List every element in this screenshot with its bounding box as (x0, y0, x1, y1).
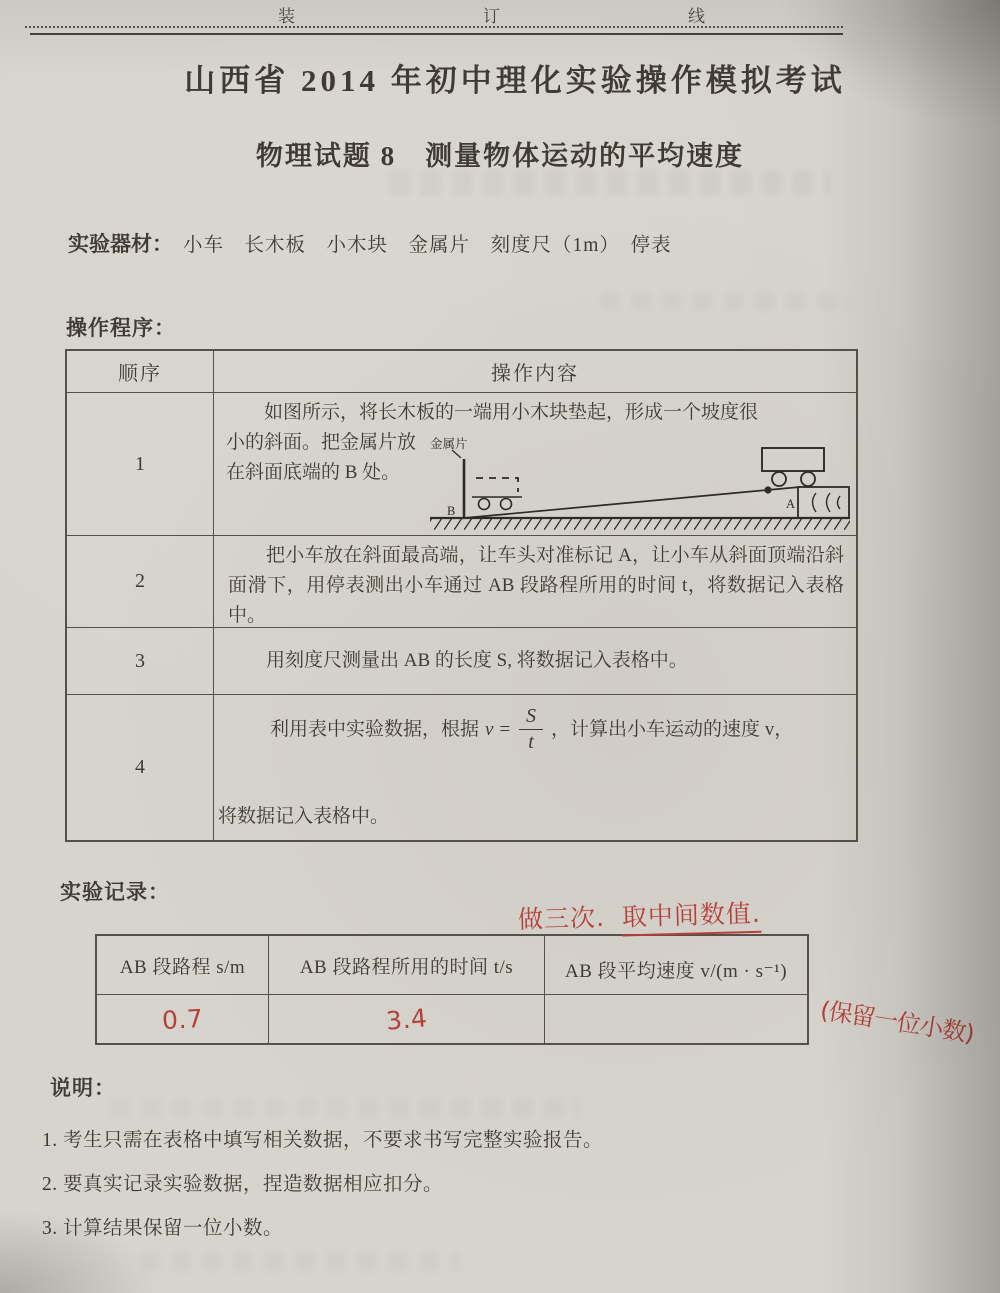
incline-diagram-svg: 金属片 B (424, 434, 854, 530)
procedure-table-header: 顺序 操作内容 (67, 351, 856, 392)
formula-fraction: S t (519, 705, 543, 754)
incline-figure: 金属片 B (424, 434, 854, 530)
record-col-time: AB 段路程所用的时间 t/s (269, 936, 545, 994)
point-a-dot (764, 486, 771, 493)
bleed-through-ghost (600, 292, 850, 311)
table-row: 4 利用表中实验数据，根据 v = S t ，计算出小车运动的速度 v， 将数据… (67, 694, 856, 840)
note-item-2: 2. 要真实记录实验数据，捏造数据相应扣分。 (42, 1168, 443, 1196)
cart-wheel (772, 472, 786, 486)
point-a-label: A (786, 497, 795, 511)
step4-text-line2: 将数据记入表格中。 (218, 802, 846, 832)
bleed-through-ghost (110, 1098, 580, 1118)
handwritten-distance-value: 0.7 (161, 1003, 204, 1034)
binding-char-zhuang: 装 (278, 2, 295, 27)
handwritten-note-part1: 做三次. (518, 903, 606, 934)
step1-text-line1: 如图所示，将长木板的一端用小木块垫起，形成一个坡度很 (226, 398, 854, 428)
step-number: 4 (67, 695, 214, 840)
bleed-through-ghost (390, 170, 830, 195)
col-header-content: 操作内容 (214, 351, 856, 392)
equipment-label: 实验器材： (68, 232, 173, 256)
note-item-3: 3. 计算结果保留一位小数。 (42, 1212, 283, 1240)
ground-hatching (430, 519, 850, 530)
point-b-label: B (447, 504, 455, 518)
procedure-heading: 操作程序： (66, 312, 176, 342)
handwritten-time-value: 3.4 (385, 1003, 429, 1035)
procedure-table: 顺序 操作内容 1 如图所示，将长木板的一端用小木块垫起，形成一个坡度很 小的斜… (65, 349, 858, 842)
handwritten-note-top: 做三次. 取中间数值. (518, 894, 762, 936)
record-table-data-row: 0.7 3.4 (97, 995, 807, 1043)
record-table-header: AB 段路程 s/m AB 段路程所用的时间 t/s AB 段平均速度 v/(m… (97, 936, 807, 995)
record-col-speed: AB 段平均速度 v/(m · s⁻¹) (545, 936, 807, 994)
notes-heading: 说明： (50, 1072, 116, 1102)
binding-solid-line (30, 33, 843, 35)
record-col-distance: AB 段路程 s/m (97, 936, 269, 994)
equipment-items: 小车 长木板 小木块 金属片 刻度尺（1m） 停表 (183, 235, 672, 256)
step4-text-after: ，计算出小车运动的速度 v， (551, 715, 793, 745)
page-title: 山西省 2014 年初中理化实验操作模拟考试 (30, 55, 1000, 100)
binding-dotted-line (25, 26, 843, 28)
step4-text-before: 利用表中实验数据，根据 (270, 715, 479, 745)
scanned-exam-page: { "page": { "binding_chars": ["装", "订", … (0, 0, 1000, 1293)
cart-wheel (801, 472, 815, 486)
step-number: 2 (67, 536, 214, 627)
dashed-cart-wheel (479, 499, 490, 510)
step2-text: 把小车放在斜面最高端，让车头对准标记 A，让小车从斜面顶端沿斜面滑下，用停表测出… (228, 541, 844, 631)
equipment-line: 实验器材：小车 长木板 小木块 金属片 刻度尺（1m） 停表 (68, 228, 672, 258)
record-table: AB 段路程 s/m AB 段路程所用的时间 t/s AB 段平均速度 v/(m… (95, 934, 809, 1045)
step3-text: 用刻度尺测量出 AB 的长度 S, 将数据记入表格中。 (266, 646, 688, 676)
wood-block (798, 487, 849, 518)
step4-formula-line: 利用表中实验数据，根据 v = S t ，计算出小车运动的速度 v， (218, 705, 846, 754)
note-item-1: 1. 考生只需在表格中填写相关数据，不要求书写完整实验报告。 (42, 1124, 603, 1152)
cart-body (762, 448, 824, 471)
dashed-cart-wheel (501, 499, 512, 510)
col-header-order: 顺序 (67, 351, 214, 392)
metal-sheet-leader (452, 450, 461, 458)
metal-sheet-label: 金属片 (430, 436, 468, 451)
wood-grain-marks (813, 493, 841, 512)
handwritten-note-part2: 取中间数值. (622, 899, 762, 937)
binding-char-xian: 线 (688, 2, 705, 27)
table-row: 1 如图所示，将长木板的一端用小木块垫起，形成一个坡度很 小的斜面。把金属片放在… (67, 392, 856, 535)
formula-v-equals: v = (485, 715, 511, 745)
step-number: 3 (67, 628, 214, 694)
fraction-denominator: t (528, 730, 534, 754)
handwritten-note-right: (保留一位小数) (818, 990, 976, 1049)
dashed-cart-outline (476, 478, 518, 492)
table-row: 2 把小车放在斜面最高端，让车头对准标记 A，让小车从斜面顶端沿斜面滑下，用停表… (67, 535, 856, 627)
binding-char-ding: 订 (483, 2, 500, 27)
bleed-through-ghost (140, 1252, 460, 1272)
step1-text-line2: 小的斜面。把金属片放在斜面底端的 B 处。 (226, 428, 424, 530)
table-row: 3 用刻度尺测量出 AB 的长度 S, 将数据记入表格中。 (67, 627, 856, 694)
inclined-board (464, 487, 800, 518)
step-number: 1 (67, 393, 214, 535)
record-heading: 实验记录： (60, 876, 170, 906)
fraction-numerator: S (519, 705, 543, 730)
page-subtitle: 物理试题 8 测量物体运动的平均速度 (0, 134, 1000, 173)
